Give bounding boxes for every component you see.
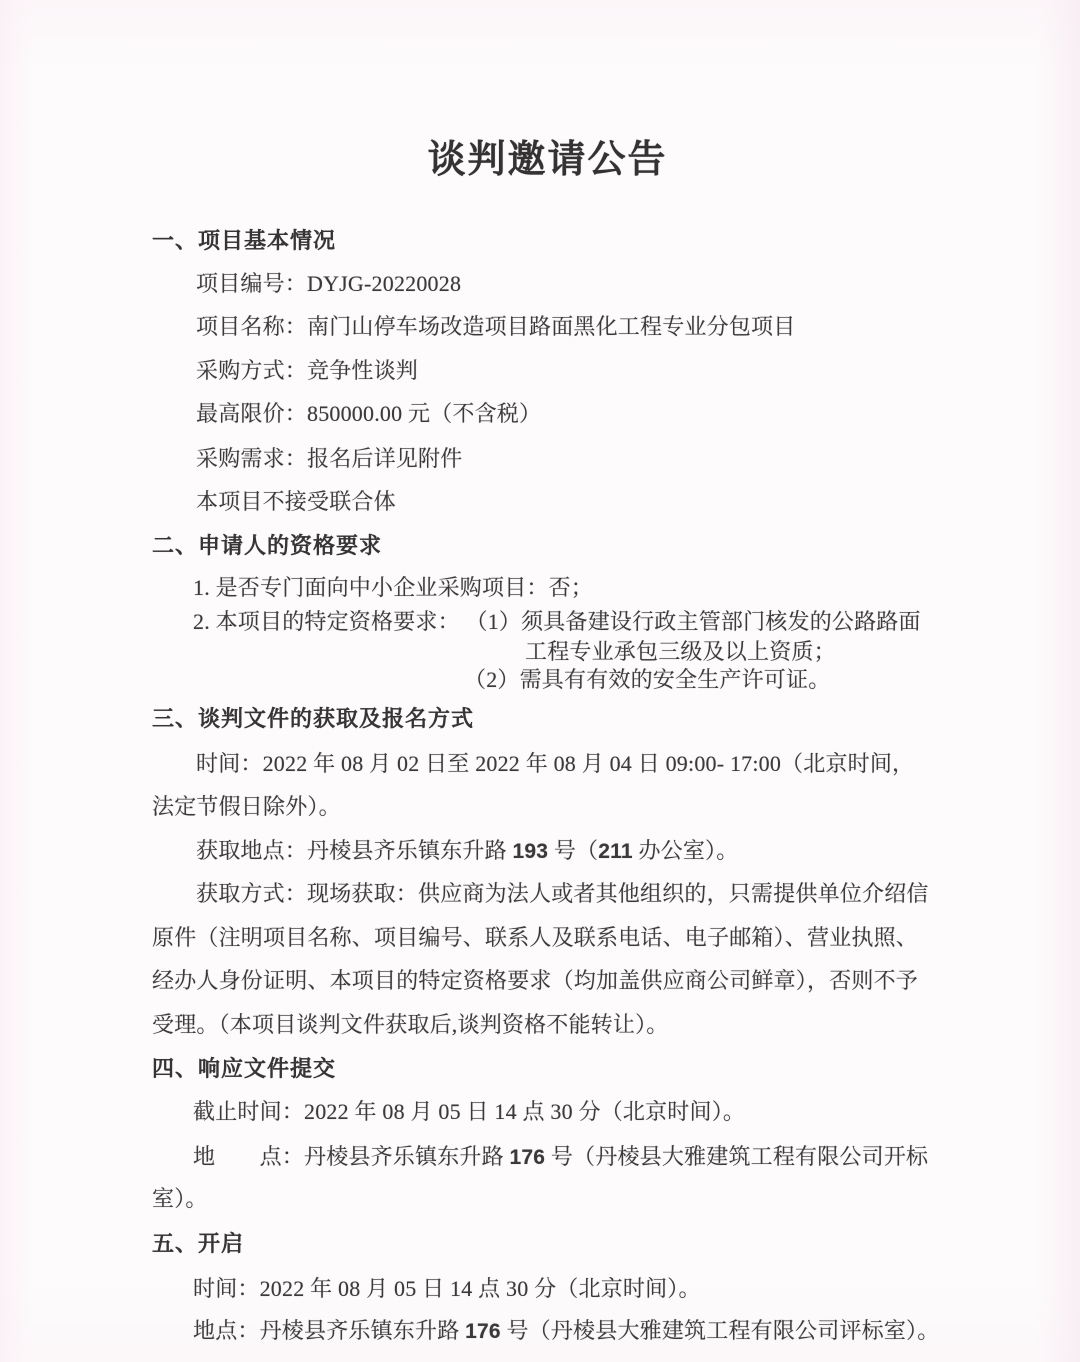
purchase-method-line: 采购方式：竞争性谈判	[196, 360, 418, 382]
no-consortium-line: 本项目不接受联合体	[196, 491, 396, 513]
section-3-heading: 三、谈判文件的获取及报名方式	[152, 708, 474, 730]
acquire-how-line-2: 原件（注明项目名称、项目编号、联系人及联系电话、电子邮箱）、营业执照、	[152, 927, 918, 949]
qualification-item-2-cont: 工程专业承包三级及以上资质；	[525, 641, 836, 663]
section-2-heading: 二、申请人的资格要求	[152, 535, 382, 557]
street-number-176: 176	[465, 1320, 501, 1343]
submission-place-cont: 室）。	[152, 1188, 208, 1210]
acquire-location-line: 获取地点：丹棱县齐乐镇东升路 193 号（211 办公室）。	[196, 840, 738, 862]
section-1-heading: 一、项目基本情况	[152, 230, 336, 252]
submission-place-line: 地 点：丹棱县齐乐镇东升路 176 号（丹棱县大雅建筑工程有限公司开标	[193, 1146, 928, 1168]
purchase-demand-line: 采购需求：报名后详见附件	[196, 448, 462, 470]
submission-deadline-line: 截止时间：2022 年 08 月 05 日 14 点 30 分（北京时间）。	[193, 1101, 745, 1123]
document-title: 谈判邀请公告	[0, 141, 1080, 179]
opening-time-line: 时间：2022 年 08 月 05 日 14 点 30 分（北京时间）。	[193, 1278, 701, 1300]
opening-place-line: 地点：丹棱县齐乐镇东升路 176 号（丹棱县大雅建筑工程有限公司评标室）。	[193, 1320, 939, 1342]
submission-place-text: 号（丹棱县大雅建筑工程有限公司开标	[545, 1144, 928, 1169]
acquire-time-line-2: 法定节假日除外）。	[152, 796, 341, 818]
section-5-heading: 五、开启	[152, 1233, 244, 1255]
acquire-how-line-4: 受理。（本项目谈判文件获取后,谈判资格不能转让）。	[152, 1014, 669, 1036]
scanned-announcement-page: 谈判邀请公告 一、项目基本情况 项目编号：DYJG-20220028 项目名称：…	[0, 0, 1080, 1362]
acquire-location-text: 号（	[548, 838, 598, 863]
opening-place-text: 号（丹棱县大雅建筑工程有限公司评标室）。	[501, 1318, 940, 1343]
qualification-item-2: 2. 本项目的特定资格要求： （1）须具备建设行政主管部门核发的公路路面	[193, 611, 921, 633]
office-number-211: 211	[598, 840, 632, 863]
qualification-item-1: 1. 是否专门面向中小企业采购项目：否；	[193, 577, 593, 599]
opening-place-text: 地点：丹棱县齐乐镇东升路	[193, 1318, 465, 1343]
acquire-location-text: 获取地点：丹棱县齐乐镇东升路	[196, 838, 513, 863]
acquire-location-text: 办公室）。	[633, 838, 739, 863]
submission-place-text: 地 点：丹棱县齐乐镇东升路	[193, 1144, 510, 1169]
section-4-heading: 四、响应文件提交	[152, 1058, 336, 1080]
project-code-line: 项目编号：DYJG-20220028	[196, 273, 461, 295]
street-number-193: 193	[513, 840, 549, 863]
qualification-item-3: （2）需具有有效的安全生产许可证。	[464, 669, 830, 691]
acquire-how-line-3: 经办人身份证明、本项目的特定资格要求（均加盖供应商公司鲜章），否则不予	[152, 970, 918, 992]
acquire-how-line-1: 获取方式：现场获取：供应商为法人或者其他组织的，只需提供单位介绍信	[196, 883, 929, 905]
acquire-time-line-1: 时间：2022 年 08 月 02 日至 2022 年 08 月 04 日 09…	[196, 753, 914, 775]
street-number-176: 176	[510, 1146, 546, 1169]
project-name-line: 项目名称：南门山停车场改造项目路面黑化工程专业分包项目	[196, 316, 795, 338]
max-price-line: 最高限价：850000.00 元（不含税）	[196, 403, 541, 425]
